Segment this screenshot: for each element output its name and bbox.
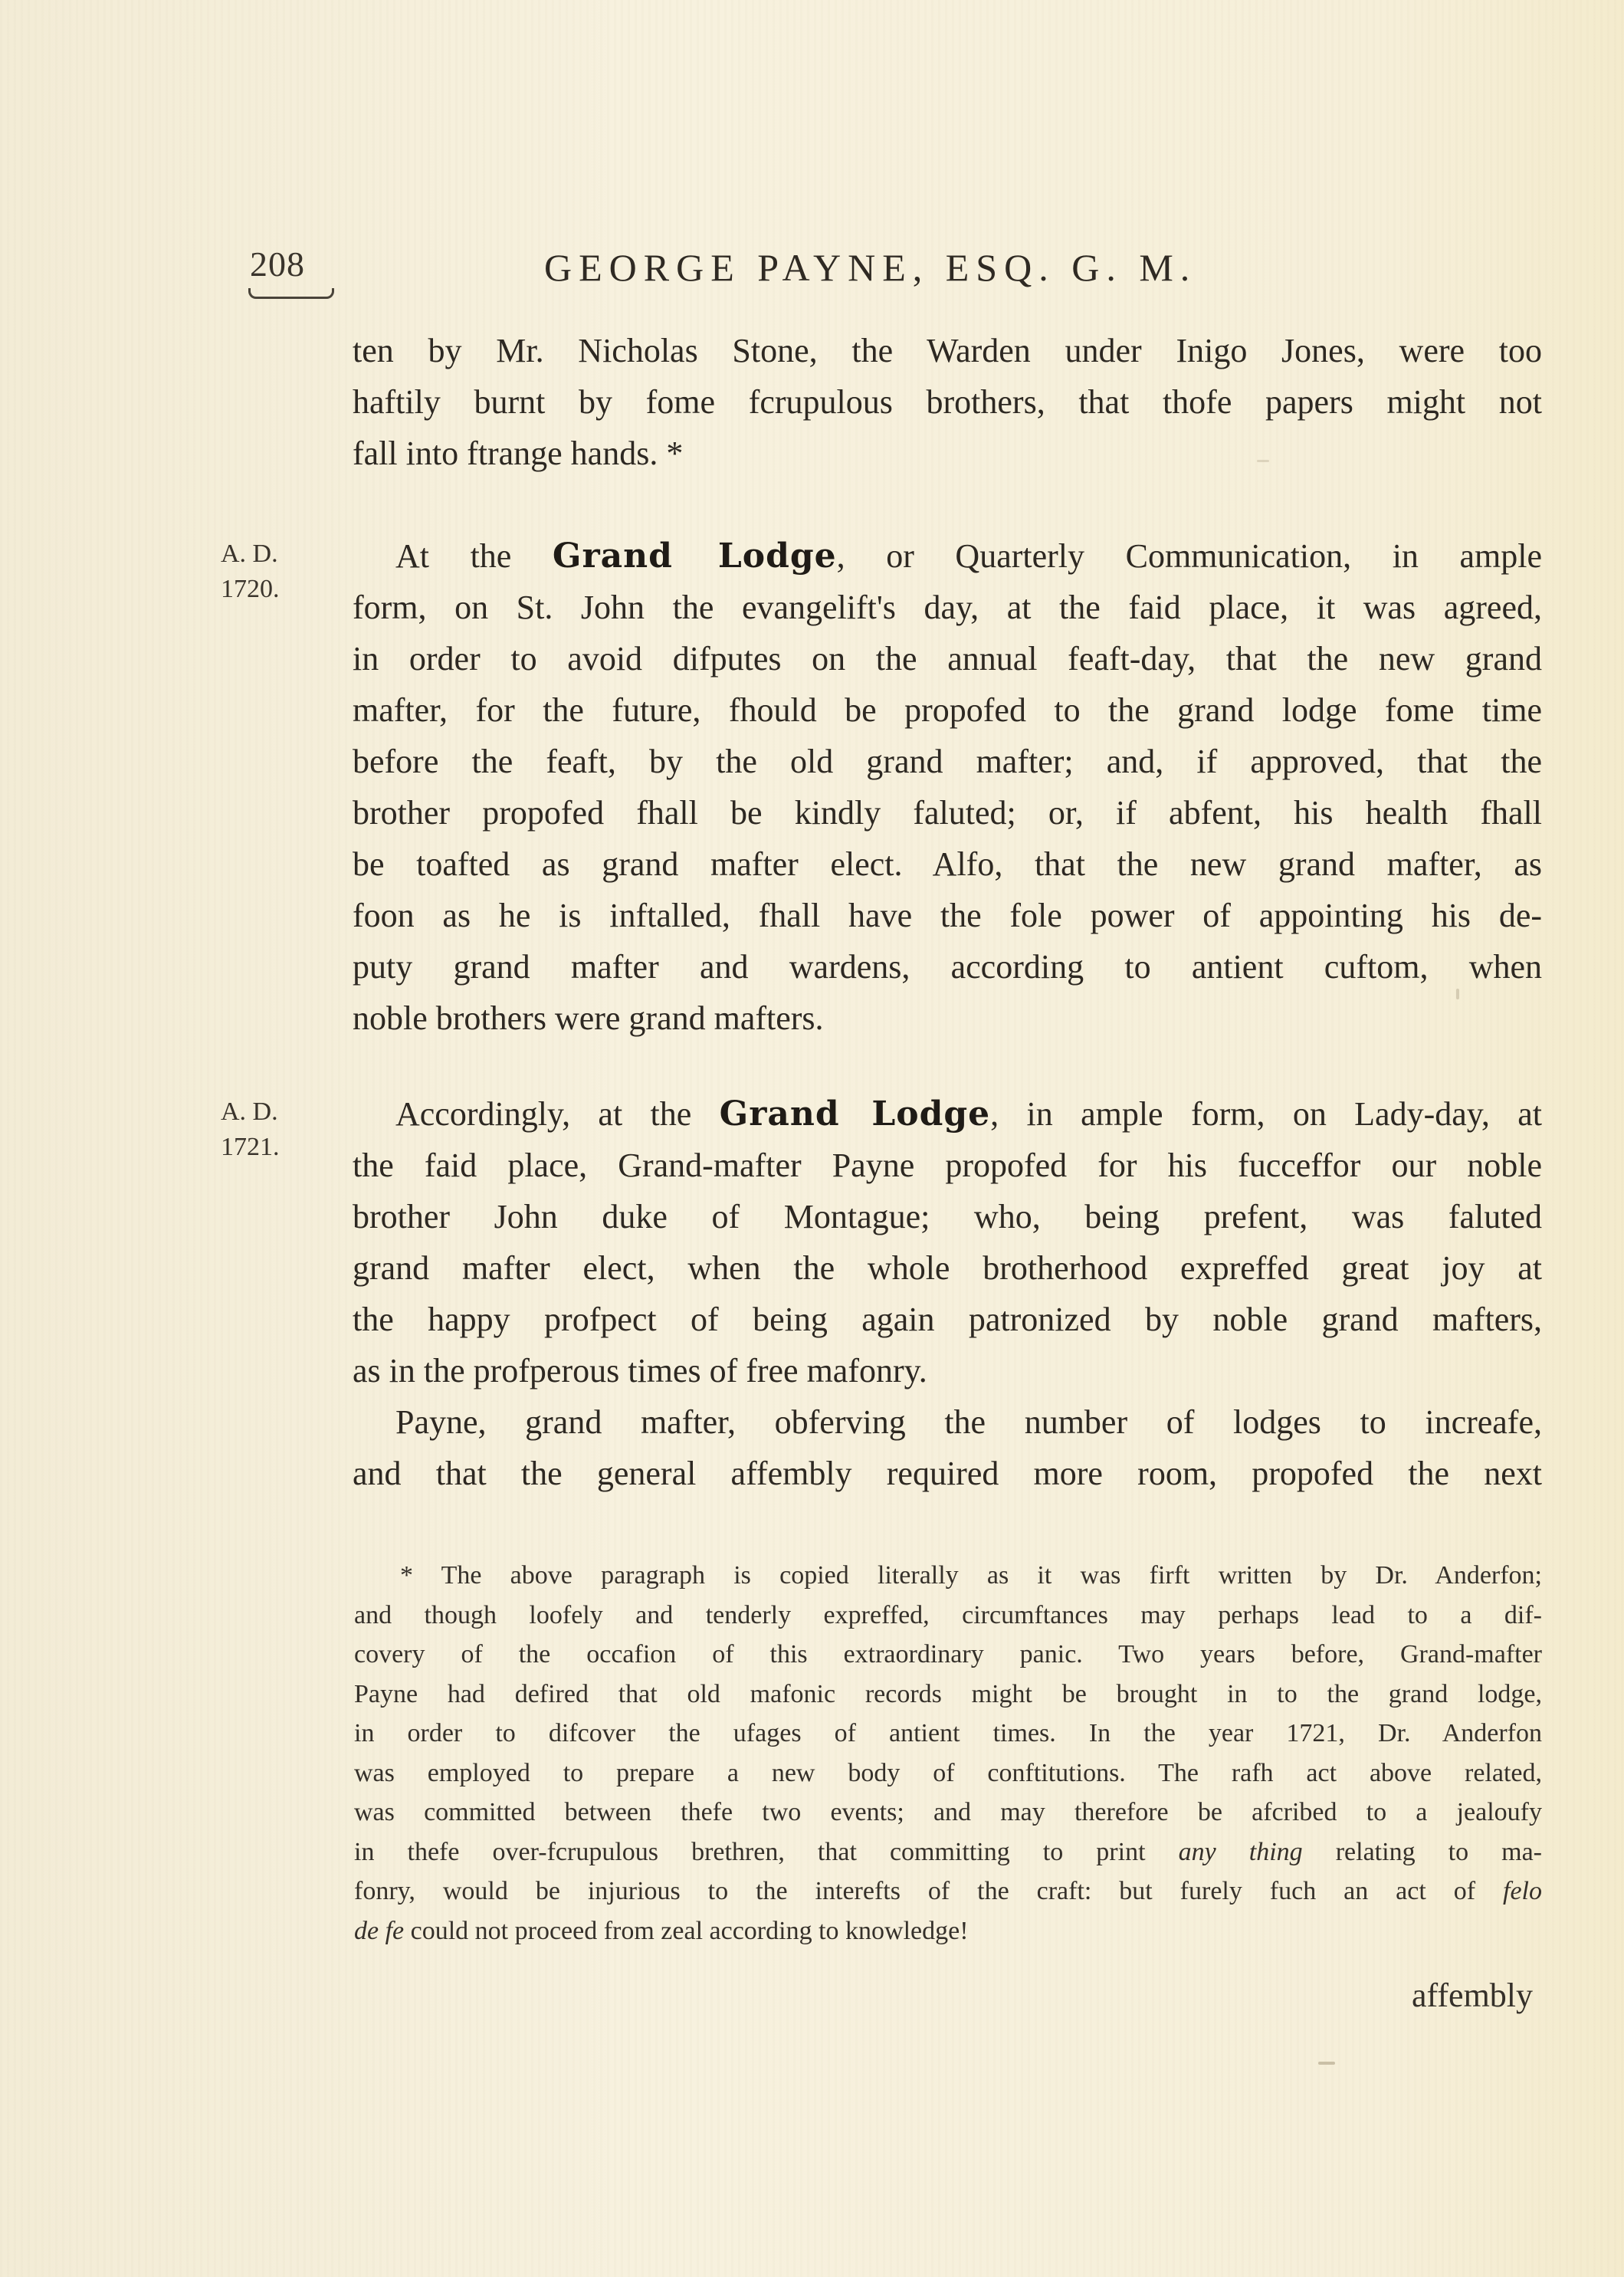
paper-mark: [1257, 460, 1269, 462]
italic-run: any thing: [1179, 1838, 1303, 1866]
paper-mark: [1456, 989, 1459, 999]
margin-note-year: 1721.: [221, 1130, 280, 1165]
paragraph-first-line: At the Grand Lodge, or Quarterly Communi…: [353, 530, 1542, 582]
footnote-line: in thefe over-fcrupulous brethren, that …: [354, 1832, 1542, 1872]
running-title: GEORGE PAYNE, ESQ. G. M.: [544, 245, 1196, 290]
text-line: brother John duke of Montague; who, bein…: [353, 1191, 1542, 1242]
text-line: and that the general affembly required m…: [353, 1448, 1542, 1499]
footnote-line: * The above paragraph is copied literall…: [354, 1556, 1542, 1596]
text-run: Accordingly, at the: [395, 1095, 720, 1133]
closing-paragraph: Payne, grand mafter, obferving the numbe…: [353, 1396, 1542, 1499]
text-line: foon as he is inftalled, fhall have the …: [353, 890, 1542, 941]
footnote-line: covery of the occafion of this extraordi…: [354, 1635, 1542, 1675]
paragraph-1721: Accordingly, at the Grand Lodge, in ampl…: [353, 1088, 1542, 1396]
text-run: relating to ma-: [1303, 1838, 1542, 1866]
text-line: the faid place, Grand-mafter Payne propo…: [353, 1140, 1542, 1191]
text-run: , or Quarterly Communication, in ample: [837, 537, 1542, 575]
continuation-paragraph: ten by Mr. Nicholas Stone, the Warden un…: [353, 325, 1542, 479]
text-run: , in ample form, on Lady-day, at: [990, 1095, 1542, 1133]
text-run: in thefe over-fcrupulous brethren, that …: [354, 1838, 1179, 1866]
text-line: mafter, for the future, fhould be propof…: [353, 684, 1542, 736]
book-page: 208 GEORGE PAYNE, ESQ. G. M. ten by Mr. …: [0, 0, 1624, 2277]
margin-note-year: 1720.: [221, 572, 280, 607]
text-run: could not proceed from zeal according to…: [404, 1917, 968, 1945]
footnote-line: and though loofely and tenderly expreffe…: [354, 1596, 1542, 1636]
footnote-line: was employed to prepare a new body of co…: [354, 1754, 1542, 1793]
text-run: At the: [395, 537, 553, 575]
footnote-line: Payne had defired that old mafonic recor…: [354, 1675, 1542, 1714]
text-line: Payne, grand mafter, obferving the numbe…: [353, 1396, 1542, 1448]
footnote-line: de fe could not proceed from zeal accord…: [354, 1911, 1542, 1951]
text-line: puty grand mafter and wardens, according…: [353, 941, 1542, 992]
text-line: as in the profperous times of free mafon…: [353, 1345, 1542, 1396]
text-line: form, on St. John the evangelift's day, …: [353, 582, 1542, 633]
margin-note-era: A. D.: [221, 1094, 280, 1130]
footnote: * The above paragraph is copied literall…: [354, 1556, 1542, 1951]
margin-note-era: A. D.: [221, 536, 280, 572]
footnote-line: in order to difcover the ufages of antie…: [354, 1714, 1542, 1754]
margin-note-1721: A. D. 1721.: [221, 1094, 280, 1165]
text-line: in order to avoid difputes on the annual…: [353, 633, 1542, 684]
text-run: The above paragraph is copied literally …: [441, 1561, 1542, 1590]
text-line: be toafted as grand mafter elect. Alfo, …: [353, 838, 1542, 890]
text-line: brother propofed fhall be kindly faluted…: [353, 787, 1542, 838]
text-line: the happy profpect of being again patron…: [353, 1294, 1542, 1345]
footnote-marker-icon: *: [400, 1561, 413, 1590]
paragraph-1720: At the Grand Lodge, or Quarterly Communi…: [353, 530, 1542, 1044]
running-head: 208 GEORGE PAYNE, ESQ. G. M.: [244, 244, 1547, 297]
paragraph-first-line: Accordingly, at the Grand Lodge, in ampl…: [353, 1088, 1542, 1140]
blackletter-grand-lodge: Grand Lodge: [553, 536, 837, 576]
paper-mark: [1318, 2062, 1335, 2065]
footnote-line: was committed between thefe two events; …: [354, 1793, 1542, 1832]
margin-note-1720: A. D. 1720.: [221, 536, 280, 607]
text-line: fall into ftrange hands. *: [353, 428, 1542, 479]
text-run: fonry, would be injurious to the interef…: [354, 1877, 1503, 1905]
text-line: grand mafter elect, when the whole broth…: [353, 1242, 1542, 1294]
catchword: affembly: [1412, 1976, 1533, 2015]
text-line: noble brothers were grand mafters.: [353, 992, 1542, 1044]
text-line: before the feaft, by the old grand mafte…: [353, 736, 1542, 787]
text-line: haftily burnt by fome fcrupulous brother…: [353, 376, 1542, 428]
footnote-line: fonry, would be injurious to the interef…: [354, 1872, 1542, 1911]
page-number-bracket-ornament: [248, 288, 334, 299]
blackletter-grand-lodge: Grand Lodge: [720, 1094, 991, 1134]
italic-run: de fe: [354, 1917, 404, 1945]
text-line: ten by Mr. Nicholas Stone, the Warden un…: [353, 325, 1542, 376]
italic-run: felo: [1503, 1877, 1542, 1905]
page-number: 208: [250, 244, 305, 284]
